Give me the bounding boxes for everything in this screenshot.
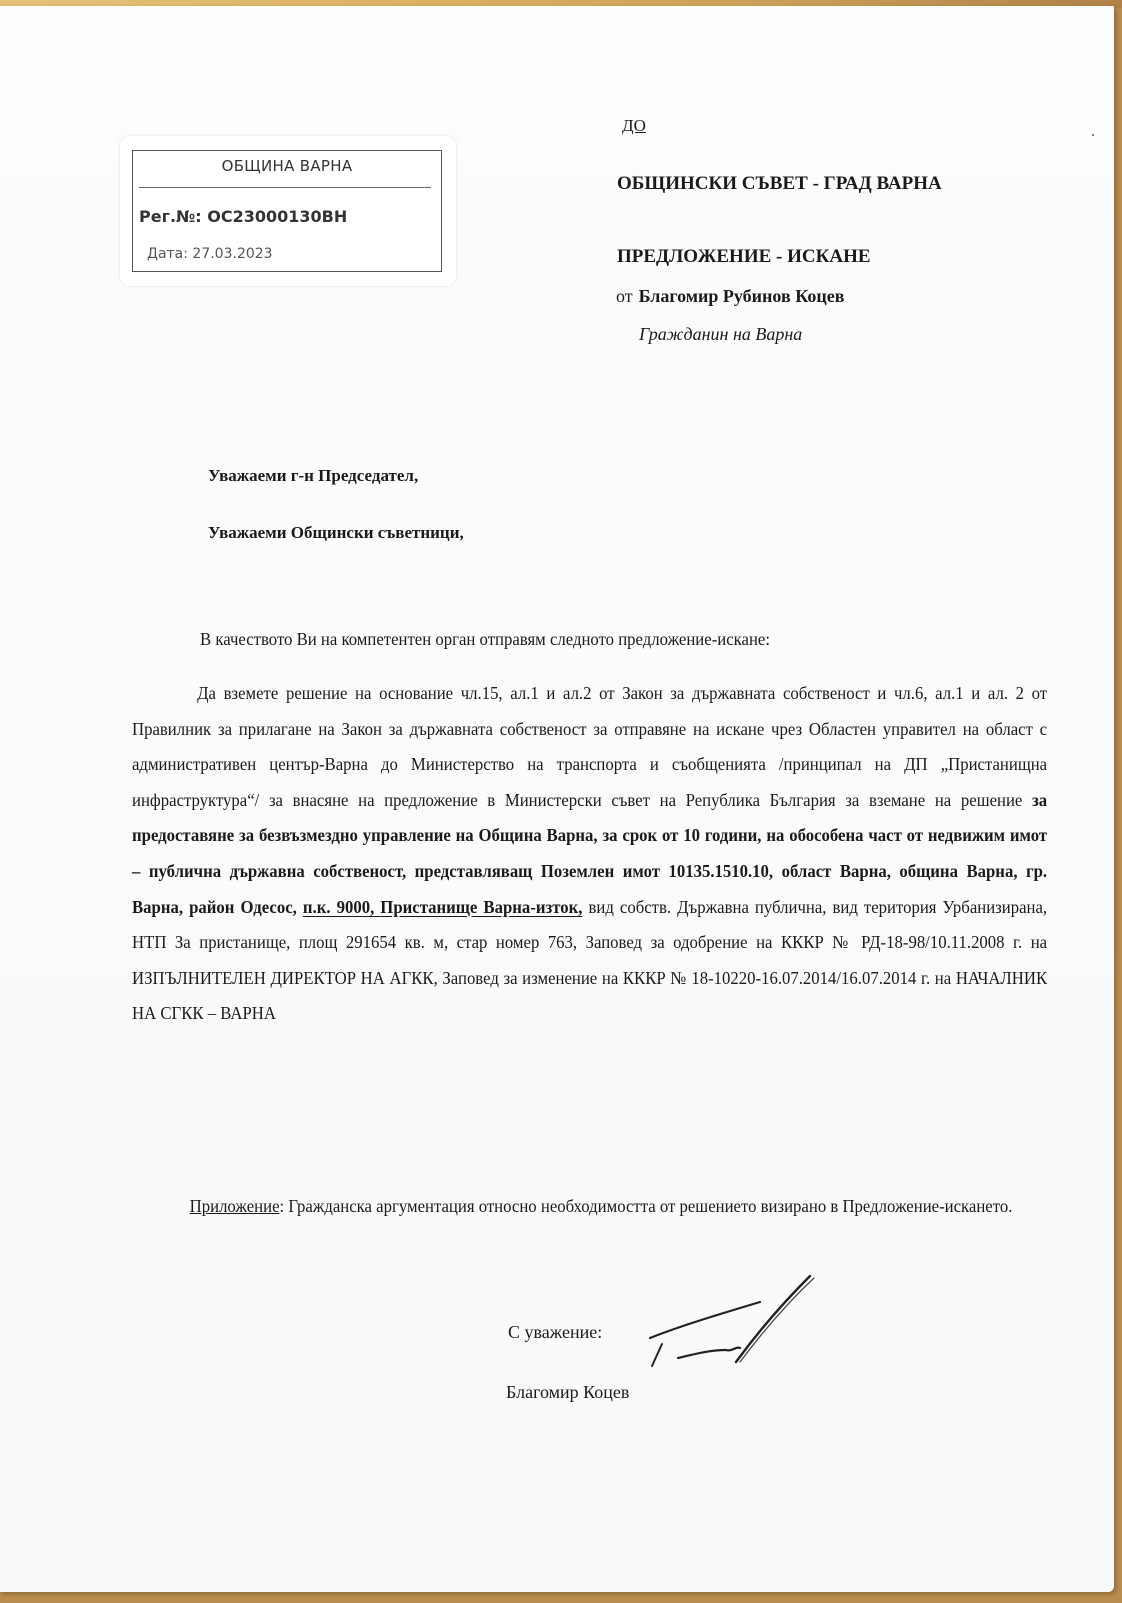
greeting-chairman: Уважаеми г-н Председател, [208,466,418,486]
stamp-reg-number: Рег.№: ОС23000130ВН [139,207,347,226]
from-prefix: от [616,286,633,306]
sender-role: Гражданин на Варна [639,324,802,345]
closing-salutation: С уважение: [508,1322,602,1343]
sender-name: Благомир Рубинов Коцев [639,286,845,306]
sender-line: отБлагомир Рубинов Коцев [616,286,844,307]
handwritten-signature-icon [640,1266,840,1376]
main-request-paragraph: Да вземете решение на основание чл.15, а… [132,676,1047,1032]
stamp-divider [139,187,431,188]
document-title: ПРЕДЛОЖЕНИЕ - ИСКАНЕ [617,246,871,268]
annex-label: Приложение [190,1196,280,1216]
addressee-label: ДО [622,116,646,136]
request-text-part1: Да вземете решение на основание чл.15, а… [132,683,1047,810]
stamp-organization: ОБЩИНА ВАРНА [133,157,441,175]
signatory-name: Благомир Коцев [506,1382,629,1403]
request-text-address: п.к. 9000, Пристанище Варна-изток, [303,897,583,917]
addressee: ОБЩИНСКИ СЪВЕТ - ГРАД ВАРНА [617,173,942,195]
paper-speck [1092,134,1094,136]
stamp-date: Дата: 27.03.2023 [147,246,273,262]
intro-paragraph: В качеството Ви на компетентен орган отп… [200,622,1037,658]
document-page: ОБЩИНА ВАРНА Рег.№: ОС23000130ВН Дата: 2… [0,6,1114,1592]
registration-stamp: ОБЩИНА ВАРНА Рег.№: ОС23000130ВН Дата: 2… [120,136,456,286]
annex-text: : Гражданска аргументация относно необхо… [280,1196,1013,1216]
stamp-frame: ОБЩИНА ВАРНА Рег.№: ОС23000130ВН Дата: 2… [132,150,442,272]
annex-paragraph: Приложение: Гражданска аргументация отно… [132,1189,1047,1225]
greeting-councillors: Уважаеми Общински съветници, [208,523,464,543]
